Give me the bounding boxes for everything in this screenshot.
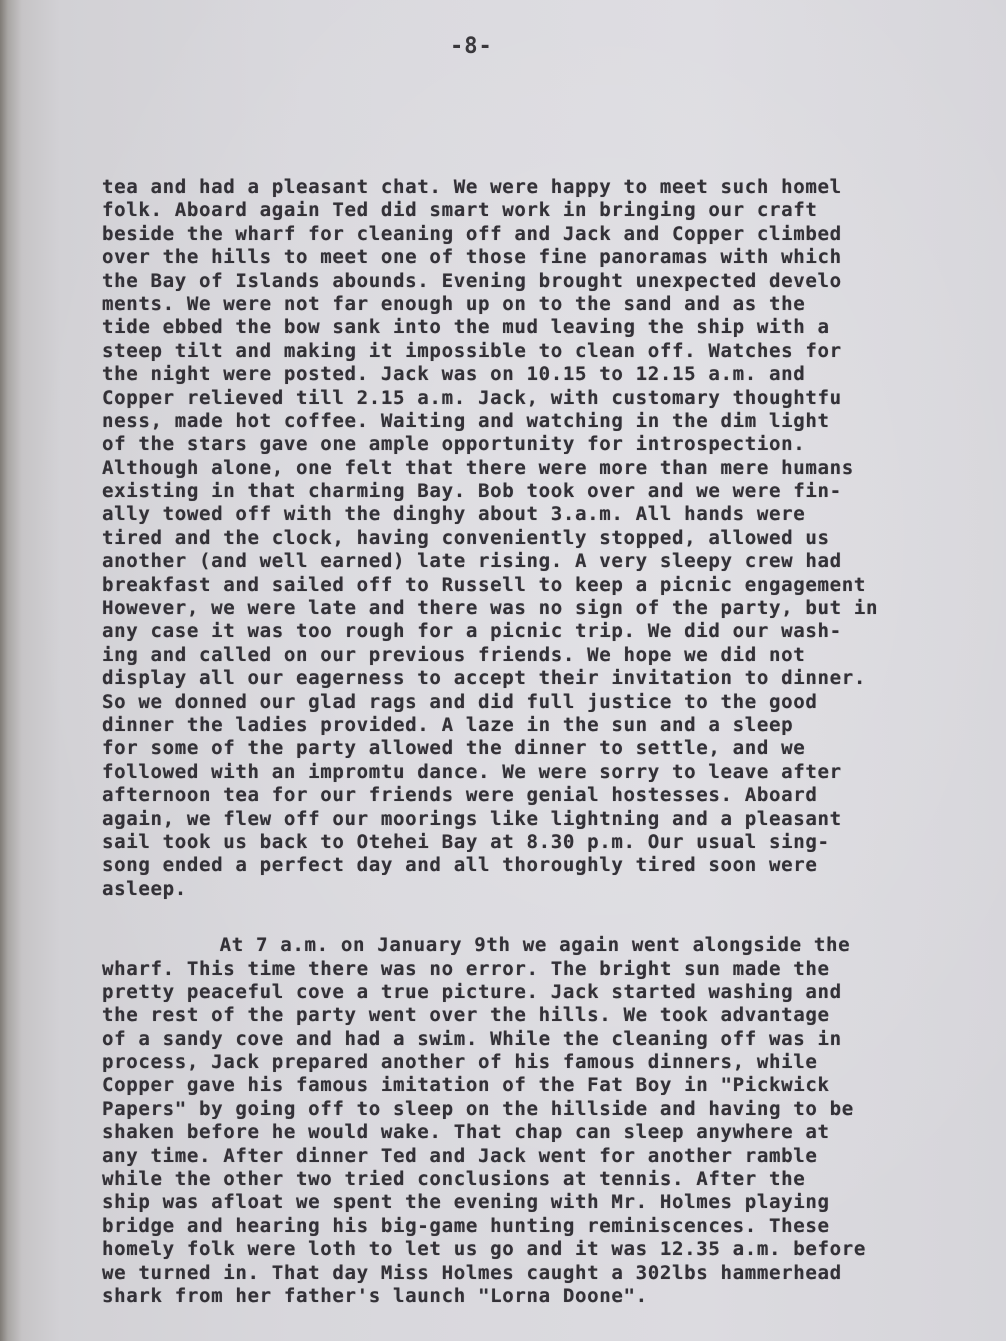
text-line: dinner the ladies provided. A laze in th… — [102, 714, 1006, 737]
text-line: for some of the party allowed the dinner… — [102, 737, 1006, 760]
text-line: shaken before he would wake. That chap c… — [102, 1121, 1006, 1144]
text-line: process, Jack prepared another of his fa… — [102, 1051, 1006, 1074]
text-line: ally towed off with the dinghy about 3.a… — [102, 503, 1006, 526]
text-line: homely folk were loth to let us go and i… — [102, 1238, 1006, 1261]
paragraph-1: tea and had a pleasant chat. We were hap… — [102, 176, 1006, 901]
text-line: breakfast and sailed off to Russell to k… — [102, 574, 1006, 597]
page-number: -8- — [450, 34, 493, 59]
text-line: we turned in. That day Miss Holmes caugh… — [102, 1262, 1006, 1285]
text-line: beside the wharf for cleaning off and Ja… — [102, 223, 1006, 246]
text-line: shark from her father's launch "Lorna Do… — [102, 1285, 1006, 1308]
text-line: followed with an impromtu dance. We were… — [102, 761, 1006, 784]
text-line: pretty peaceful cove a true picture. Jac… — [102, 981, 1006, 1004]
text-line: asleep. — [102, 878, 1006, 901]
text-line: However, we were late and there was no s… — [102, 597, 1006, 620]
text-line: Papers" by going off to sleep on the hil… — [102, 1098, 1006, 1121]
text-line: over the hills to meet one of those fine… — [102, 246, 1006, 269]
text-line: any time. After dinner Ted and Jack went… — [102, 1145, 1006, 1168]
text-line: steep tilt and making it impossible to c… — [102, 340, 1006, 363]
text-line: wharf. This time there was no error. The… — [102, 958, 1006, 981]
text-line: Copper relieved till 2.15 a.m. Jack, wit… — [102, 387, 1006, 410]
paragraph-gap — [102, 901, 1006, 934]
text-line: bridge and hearing his big-game hunting … — [102, 1215, 1006, 1238]
text-line: So we donned our glad rags and did full … — [102, 691, 1006, 714]
text-line: display all our eagerness to accept thei… — [102, 667, 1006, 690]
text-line: ments. We were not far enough up on to t… — [102, 293, 1006, 316]
text-line: the rest of the party went over the hill… — [102, 1004, 1006, 1027]
text-line: Copper gave his famous imitation of the … — [102, 1074, 1006, 1097]
text-line: existing in that charming Bay. Bob took … — [102, 480, 1006, 503]
text-line: of a sandy cove and had a swim. While th… — [102, 1028, 1006, 1051]
text-line: tired and the clock, having conveniently… — [102, 527, 1006, 550]
text-line: ness, made hot coffee. Waiting and watch… — [102, 410, 1006, 433]
text-line: while the other two tried conclusions at… — [102, 1168, 1006, 1191]
text-line: afternoon tea for our friends were genia… — [102, 784, 1006, 807]
text-line: another (and well earned) late rising. A… — [102, 550, 1006, 573]
text-line: At 7 a.m. on January 9th we again went a… — [102, 934, 1006, 957]
paragraph-2: At 7 a.m. on January 9th we again went a… — [102, 934, 1006, 1308]
text-line: ing and called on our previous friends. … — [102, 644, 1006, 667]
text-line: ship was afloat we spent the evening wit… — [102, 1191, 1006, 1214]
text-line: the night were posted. Jack was on 10.15… — [102, 363, 1006, 386]
text-line: sail took us back to Otehei Bay at 8.30 … — [102, 831, 1006, 854]
text-line: song ended a perfect day and all thoroug… — [102, 854, 1006, 877]
text-line: tide ebbed the bow sank into the mud lea… — [102, 316, 1006, 339]
text-line: the Bay of Islands abounds. Evening brou… — [102, 270, 1006, 293]
text-line: folk. Aboard again Ted did smart work in… — [102, 199, 1006, 222]
typewritten-body: tea and had a pleasant chat. We were hap… — [102, 176, 1006, 1308]
text-line: any case it was too rough for a picnic t… — [102, 620, 1006, 643]
text-line: Although alone, one felt that there were… — [102, 457, 1006, 480]
text-line: of the stars gave one ample opportunity … — [102, 433, 1006, 456]
text-line: again, we flew off our moorings like lig… — [102, 808, 1006, 831]
text-line: tea and had a pleasant chat. We were hap… — [102, 176, 1006, 199]
